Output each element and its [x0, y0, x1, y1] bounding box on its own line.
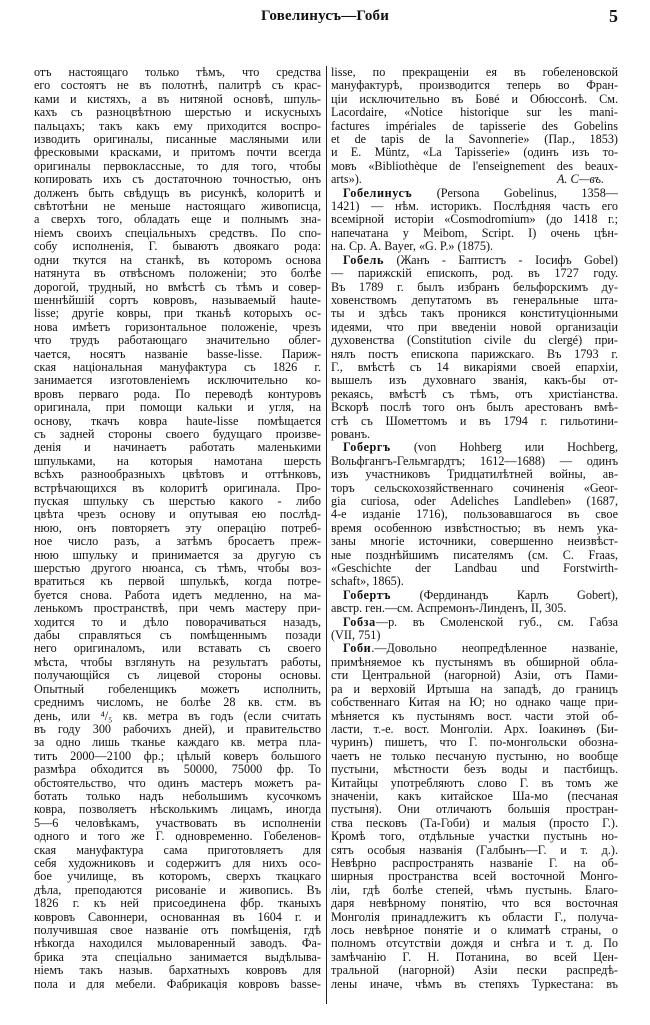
- text-line: съ задней стороны своего будущаго произв…: [34, 428, 321, 441]
- entry-first-line-text: (Persona Gobelinus, 1358—: [412, 187, 618, 200]
- text-line: титъ 2000—2100 фр.; цѣлый коверъ большог…: [34, 750, 321, 763]
- text-line: ская мануфактура сама приготовляетъ для: [34, 844, 321, 857]
- author-signature: А. С—въ.: [557, 173, 604, 186]
- text-line: чуринъ) пишетъ, что Г. по-монгольски обо…: [331, 736, 618, 749]
- text-line: Невѣрно распространять названіе Г. на об…: [331, 857, 618, 870]
- entry-first-line: Гобза—р. въ Смоленской губ., см. Габза: [331, 616, 618, 629]
- text-line: сти Центральной (нагорной) Азіи, отъ Пам…: [331, 669, 618, 682]
- text-line: за одно лишь тканье каждаго кв. метра пл…: [34, 736, 321, 749]
- text-line: мѣста, чтобы взглянуть на результатъ раб…: [34, 656, 321, 669]
- text-line: нова имѣетъ горизонтальное положеніе, чр…: [34, 321, 321, 334]
- text-line: дѣла, преподаются рисованіе и живопись. …: [34, 884, 321, 897]
- running-title: Говелинусъ—Гоби: [0, 8, 650, 25]
- text-line: натянута въ отвѣсномъ положеніи; это бол…: [34, 267, 321, 280]
- text-line: et de tapis de la Savonnerie» (Пар., 185…: [331, 133, 618, 146]
- entry-headword: Гобелинусъ: [343, 187, 412, 200]
- entry-first-line: Гоби.—Довольно неопредѣленное названіе,: [331, 642, 618, 655]
- text-line: ства песковъ (Та-Гоби) и малыя (просто Г…: [331, 817, 618, 830]
- entry-headword: Гобертъ: [343, 589, 391, 602]
- text-line: мануфактурѣ, производится теперь во Фран…: [331, 79, 618, 92]
- text-line: размѣра обходится въ 50000, 75000 фр. То: [34, 763, 321, 776]
- text-line: — парижскій епископъ, род. въ 1727 году.: [331, 267, 618, 280]
- text-line: оригинала, при помощи кальки и угля, на: [34, 401, 321, 414]
- text-line: изводить оригиналы, писанные масляными и…: [34, 133, 321, 146]
- text-line: Въ 1789 г. былъ избранъ бельфорскимъ ду-: [331, 281, 618, 294]
- text-line: Вскорѣ послѣ того онъ былъ арестованъ вм…: [331, 401, 618, 414]
- text-line: занимается изготовленіемъ исключительно …: [34, 374, 321, 387]
- text-line: вратиться къ первой шпулькѣ, когда потре…: [34, 575, 321, 588]
- text-line: полномъ отсутствіи дождя и снѣга и т. д.…: [331, 937, 618, 950]
- text-line: нюю шпульку и принимается за другую съ: [34, 549, 321, 562]
- dictionary-entry: Гобелинусъ (Persona Gobelinus, 1358—1421…: [331, 187, 618, 254]
- text-line: шеннѣйшій сортъ ковровъ, называемый haut…: [34, 294, 321, 307]
- text-line: Монголія принадлежитъ къ области Г., пол…: [331, 911, 618, 924]
- text-line: отъ настоящаго только тѣмъ, что средства: [34, 66, 321, 79]
- text-line: schaft», 1865).: [331, 575, 618, 588]
- text-line: заны многіе источники, совершенно неизвѣ…: [331, 535, 618, 548]
- entry-first-line-text: (von Hohberg или Hochberg,: [391, 441, 618, 454]
- text-line: духовенства (Constitution civile du cler…: [331, 334, 618, 347]
- text-line: дабы справляться съ помѣщеннымъ позади: [34, 629, 321, 642]
- entry-headword: Гобель: [343, 254, 384, 267]
- text-line: нюю, онъ повторяетъ эту операцію потреб-: [34, 522, 321, 535]
- text-line: фресковыми красками, и притомъ почти все…: [34, 146, 321, 159]
- entry-headword: Гобергъ: [343, 441, 391, 454]
- text-line: бое училище, въ которомъ, сверхъ ткацкаг…: [34, 870, 321, 883]
- text-line: лось невѣрное понятіе и о климатѣ страны…: [331, 924, 618, 937]
- text-line: себя художниковъ и содержитъ для нихъ ос…: [34, 857, 321, 870]
- text-line: а сверхъ того, обладать еще и полнымъ зн…: [34, 213, 321, 226]
- text-line: напечатана у Meibom, Script. I) очень цѣ…: [331, 227, 618, 240]
- text-line: въ году 300 рабочихъ дней), и правительс…: [34, 723, 321, 736]
- text-line: рованъ.: [331, 428, 618, 441]
- column-divider: [326, 66, 327, 1004]
- text-line: пустыня). Они отличаютъ большія простран…: [331, 803, 618, 816]
- text-line: lisse; другіе ковры, при тканьѣ которыхъ…: [34, 307, 321, 320]
- text-line: лены иначе, чѣмъ въ степяхъ Туркестана: …: [331, 978, 618, 991]
- entry-first-line-text: (Жанъ - Баптистъ - Іосифъ Gobel): [384, 254, 618, 267]
- text-line: австр. ген.—см. Аспремонъ-Линденъ, II, 3…: [331, 602, 618, 615]
- text-line: значеніи, какъ китайское Ша-мо (песчаная: [331, 790, 618, 803]
- text-line: пальцахъ; такъ какъ ему приходится воспр…: [34, 120, 321, 133]
- text-line: 1826 г. къ ней присоединена фбр. тканыхъ: [34, 897, 321, 910]
- text-line: ками и кистяхъ, а въ нитяной основѣ, шпу…: [34, 93, 321, 106]
- text-line: примѣняемое къ пустынямъ въ обширной обл…: [331, 656, 618, 669]
- text-line: получающійся съ лицевой стороны основы.: [34, 669, 321, 682]
- entry-headword: Гоби: [343, 642, 371, 655]
- entry-first-line-text: —р. въ Смоленской губ., см. Габза: [376, 616, 618, 629]
- text-line: ширныя пространства всей восточной Монго…: [331, 870, 618, 883]
- text-line: долженъ быть свѣдущъ въ рисункѣ, колорит…: [34, 187, 321, 200]
- text-line: одни ткутся на станкѣ, въ которомъ основ…: [34, 254, 321, 267]
- text-line: сятъ особыя названія (Галбынъ—Г. и т. д.…: [331, 844, 618, 857]
- text-line: что трудъ работающаго значительно облег-: [34, 334, 321, 347]
- text-line: даря невѣрному понятію, что вся восточна…: [331, 897, 618, 910]
- text-line: время особенною извѣстностью; въ немъ ук…: [331, 522, 618, 535]
- text-line: вровъ перваго рода. По переводѣ контуров…: [34, 388, 321, 401]
- text-line: брика эта спеціально занимается выдѣлыва…: [34, 951, 321, 964]
- text-line: Вольфгангъ-Гельмгардтъ; 1612—1688) — оди…: [331, 455, 618, 468]
- text-line: среднимъ числомъ, не болѣе 28 кв. стм. в…: [34, 696, 321, 709]
- text-line: шпульками, на которыя намотана шерсть: [34, 455, 321, 468]
- dictionary-entry: Гобергъ (von Hohberg или Hochberg,Вольфг…: [331, 441, 618, 588]
- text-line: пола и для мебели. Фабрикація ковровъ ba…: [34, 978, 321, 991]
- dictionary-entry: Гобель (Жанъ - Баптистъ - Іосифъ Gobel)—…: [331, 254, 618, 442]
- right-column: lisse, по прекращеніи ея въ гобеленовско…: [331, 66, 618, 991]
- text-line: его состоятъ не въ полотнѣ, палитрѣ съ к…: [34, 79, 321, 92]
- text-line: «Geschichte der Landbau und Forstwirth-: [331, 562, 618, 575]
- text-line: мѣняется къ пустынямъ вост. части этой о…: [331, 710, 618, 723]
- text-line: встрѣчающихся въ колоритѣ оригинала. Про…: [34, 482, 321, 495]
- dictionary-entry: Гоби.—Довольно неопредѣленное названіе,п…: [331, 642, 618, 991]
- text-line: ботать только надъ небольшимъ кусочкомъ: [34, 790, 321, 803]
- text-line: ты и здѣсь такъ проникся конституціонным…: [331, 307, 618, 320]
- last-line-text: arts»).: [331, 173, 362, 186]
- text-line: торъ сельскохозяйственнаго сочиненія «Ge…: [331, 482, 618, 495]
- entry-headword: Гобза: [343, 616, 376, 629]
- text-line: нѣкогда находился мыловаренный заводъ. Ф…: [34, 937, 321, 950]
- page-number: 5: [609, 6, 618, 27]
- text-line: обстоятельство, что одинъ мастеръ можетъ…: [34, 777, 321, 790]
- text-line: ковровъ Савоннери, основанная въ 1604 г.…: [34, 911, 321, 924]
- text-line: ская національная мануфактура съ 1826 г.: [34, 361, 321, 374]
- entry-first-line: Гобель (Жанъ - Баптистъ - Іосифъ Gobel): [331, 254, 618, 267]
- text-line: ласти, т.-е. вост. Монголіи. Арх. Іоакин…: [331, 723, 618, 736]
- text-line: идеями, что при введеніи новой организац…: [331, 321, 618, 334]
- text-line: ніемъ такъ назыв. бархатныхъ ковровъ для: [34, 964, 321, 977]
- text-line: цвѣта чрезъ основу и опутывая ею послѣд-: [34, 508, 321, 521]
- entry-first-line-text: .—Довольно неопредѣленное названіе,: [371, 642, 618, 655]
- text-line: день, или ⁴/₅ кв. метра въ годъ (если сч…: [34, 710, 321, 723]
- text-line: всѣхъ разнообразныхъ цвѣтовъ и оттѣнковъ…: [34, 468, 321, 481]
- text-line: lisse, по прекращеніи ея въ гобеленовско…: [331, 66, 618, 79]
- dictionary-entry: Гобертъ (Фердинандъ Карлъ Gobert),австр.…: [331, 589, 618, 616]
- text-line: кахъ съ разноцвѣтною шерстью и искусныхъ: [34, 106, 321, 119]
- entry-first-line: Гобергъ (von Hohberg или Hochberg,: [331, 441, 618, 454]
- text-line: пустыни, мѣстности безъ воды и пастбищъ.: [331, 763, 618, 776]
- text-line: arts»).А. С—въ.: [331, 173, 618, 186]
- text-line: Опытный гобеленщикъ можетъ исполнить,: [34, 683, 321, 696]
- text-line: копировать ихъ съ достаточною точностью,…: [34, 173, 321, 186]
- text-line: мовъ «Bibliothèque de l'enseignement des…: [331, 160, 618, 173]
- text-line: буется снова. Работа идетъ медленно, на …: [34, 589, 321, 602]
- text-line: всемірной исторіи «Cosmodromium» (до 141…: [331, 213, 618, 226]
- text-line: свѣтотѣни не меньше настоящаго живописца…: [34, 200, 321, 213]
- entry-first-line: Гобертъ (Фердинандъ Карлъ Gobert),: [331, 589, 618, 602]
- text-line: чаетъ не только песчаную пустыню, но воо…: [331, 750, 618, 763]
- continued-article: lisse, по прекращеніи ея въ гобеленовско…: [331, 66, 618, 187]
- text-line: собу исполненія, Г. бываютъ двоякаго род…: [34, 240, 321, 253]
- text-line: ное число разъ, а затѣмъ бросаетъ преж-: [34, 535, 321, 548]
- text-line: 5—6 человѣкамъ, участвовать въ исполнені…: [34, 817, 321, 830]
- entry-first-line: Гобелинусъ (Persona Gobelinus, 1358—: [331, 187, 618, 200]
- text-line: стѣ съ Шометтомъ и въ 1794 г. гильотини-: [331, 415, 618, 428]
- text-line: ленькомъ пространствѣ, при чемъ мастеру …: [34, 602, 321, 615]
- text-line: Г., вмѣстѣ съ 14 викаріями своей епархіи…: [331, 361, 618, 374]
- text-line: чается, носятъ названіе basse-lisse. Пар…: [34, 348, 321, 361]
- text-line: дорогой, трудный, но вмѣстѣ съ тѣмъ и со…: [34, 281, 321, 294]
- text-line: изъ участниковъ Тридцатилѣтней войны, ав…: [331, 468, 618, 481]
- text-line: основу, ткачъ ковра haute-lisse помѣщает…: [34, 415, 321, 428]
- text-line: и E. Müntz, «La Tapisserie» (одинъ изъ т…: [331, 146, 618, 159]
- text-line: ціи исключительно въ Бовé и Обюссонѣ. См…: [331, 93, 618, 106]
- text-line: нялъ постъ епископа парижскаго. Въ 1793 …: [331, 348, 618, 361]
- text-line: рекаясь, вмѣстѣ съ тѣмъ, отъ христіанств…: [331, 388, 618, 401]
- text-line: 1421) — нѣм. историкъ. Послѣдняя часть е…: [331, 200, 618, 213]
- text-line: на. Ср. A. Bayer, «G. P.» (1875).: [331, 240, 618, 253]
- text-line: тральной (нагорной) Азіи пески распредѣ-: [331, 964, 618, 977]
- text-line: одного и того же Г. одновременно. Гобеле…: [34, 830, 321, 843]
- text-line: (VII, 751): [331, 629, 618, 642]
- text-line: оригиналы первоклассные, то для того, чт…: [34, 160, 321, 173]
- text-line: него оригиналомъ, или вставать съ своего: [34, 642, 321, 655]
- text-line: вышелъ изъ духовнаго званія, какъ-бы от-: [331, 374, 618, 387]
- entry-first-line-text: (Фердинандъ Карлъ Gobert),: [391, 589, 618, 602]
- text-line: собственнаго Китая на Ю; но однако чаще …: [331, 696, 618, 709]
- text-line: пуская шпульку съ шерстью какого - либо: [34, 495, 321, 508]
- left-column: отъ настоящаго только тѣмъ, что средства…: [34, 66, 321, 991]
- text-line: ліи, гдѣ болѣе степей, чѣмъ пустынь. Бла…: [331, 884, 618, 897]
- text-line: ра и верховій Иртыша на западѣ, до грани…: [331, 683, 618, 696]
- text-line: денія и начинаетъ работать маленькими: [34, 441, 321, 454]
- text-line: шерстью другого нюанса, съ тѣмъ, чтобы в…: [34, 562, 321, 575]
- text-line: ходится то и дѣло поворачиваться назадъ,: [34, 616, 321, 629]
- text-line: Lacordaire, «Notice historique sur les m…: [331, 106, 618, 119]
- text-line: ніемъ своихъ спеціальныхъ средствъ. По с…: [34, 227, 321, 240]
- text-line: ковра, позволяетъ нѣсколькимъ лицамъ, ин…: [34, 803, 321, 816]
- text-line: замѣчанію Г. Н. Потанина, во всей Цен-: [331, 951, 618, 964]
- text-line: factures impériales de tapisserie des Go…: [331, 120, 618, 133]
- text-line: Китайцы употребляютъ слово Г. въ томъ же: [331, 777, 618, 790]
- text-line: ховенствомъ депутатомъ въ генеральные шт…: [331, 294, 618, 307]
- text-line: gia curiosa, oder Adeliches Landleben» (…: [331, 495, 618, 508]
- page-header: Говелинусъ—Гоби 5: [0, 4, 650, 26]
- text-line: ные позднѣйшимъ писателямъ (см. C. Fraas…: [331, 549, 618, 562]
- text-line: Кромѣ того, отдѣльные участки пустынь но…: [331, 830, 618, 843]
- text-line: получившая свое названіе отъ помѣщенія, …: [34, 924, 321, 937]
- dictionary-entry: Гобза—р. въ Смоленской губ., см. Габза(V…: [331, 616, 618, 643]
- text-line: 4-е изданіе 1716), пользовавшагося въ св…: [331, 508, 618, 521]
